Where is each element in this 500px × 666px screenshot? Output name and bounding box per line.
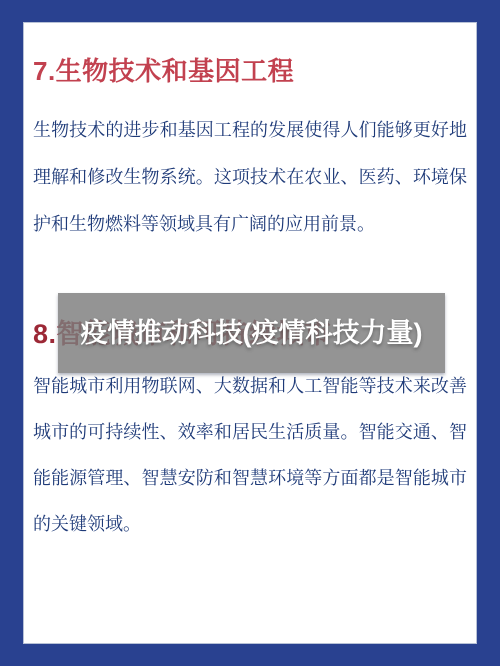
section-8-body: 智能城市利用物联网、大数据和人工智能等技术来改善城市的可持续性、效率和居民生活质…: [33, 363, 467, 547]
section-7-heading: 7.生物技术和基因工程: [33, 53, 294, 89]
article-card: 7.生物技术和基因工程 生物技术的进步和基因工程的发展使得人们能够更好地理解和修…: [23, 22, 477, 644]
section-7-body: 生物技术的进步和基因工程的发展使得人们能够更好地理解和修改生物系统。这项技术在农…: [33, 107, 467, 248]
page-title: 疫情推动科技(疫情科技力量): [77, 314, 427, 353]
page-background: 7.生物技术和基因工程 生物技术的进步和基因工程的发展使得人们能够更好地理解和修…: [0, 0, 500, 666]
page-title-overlay: 疫情推动科技(疫情科技力量): [58, 293, 445, 373]
